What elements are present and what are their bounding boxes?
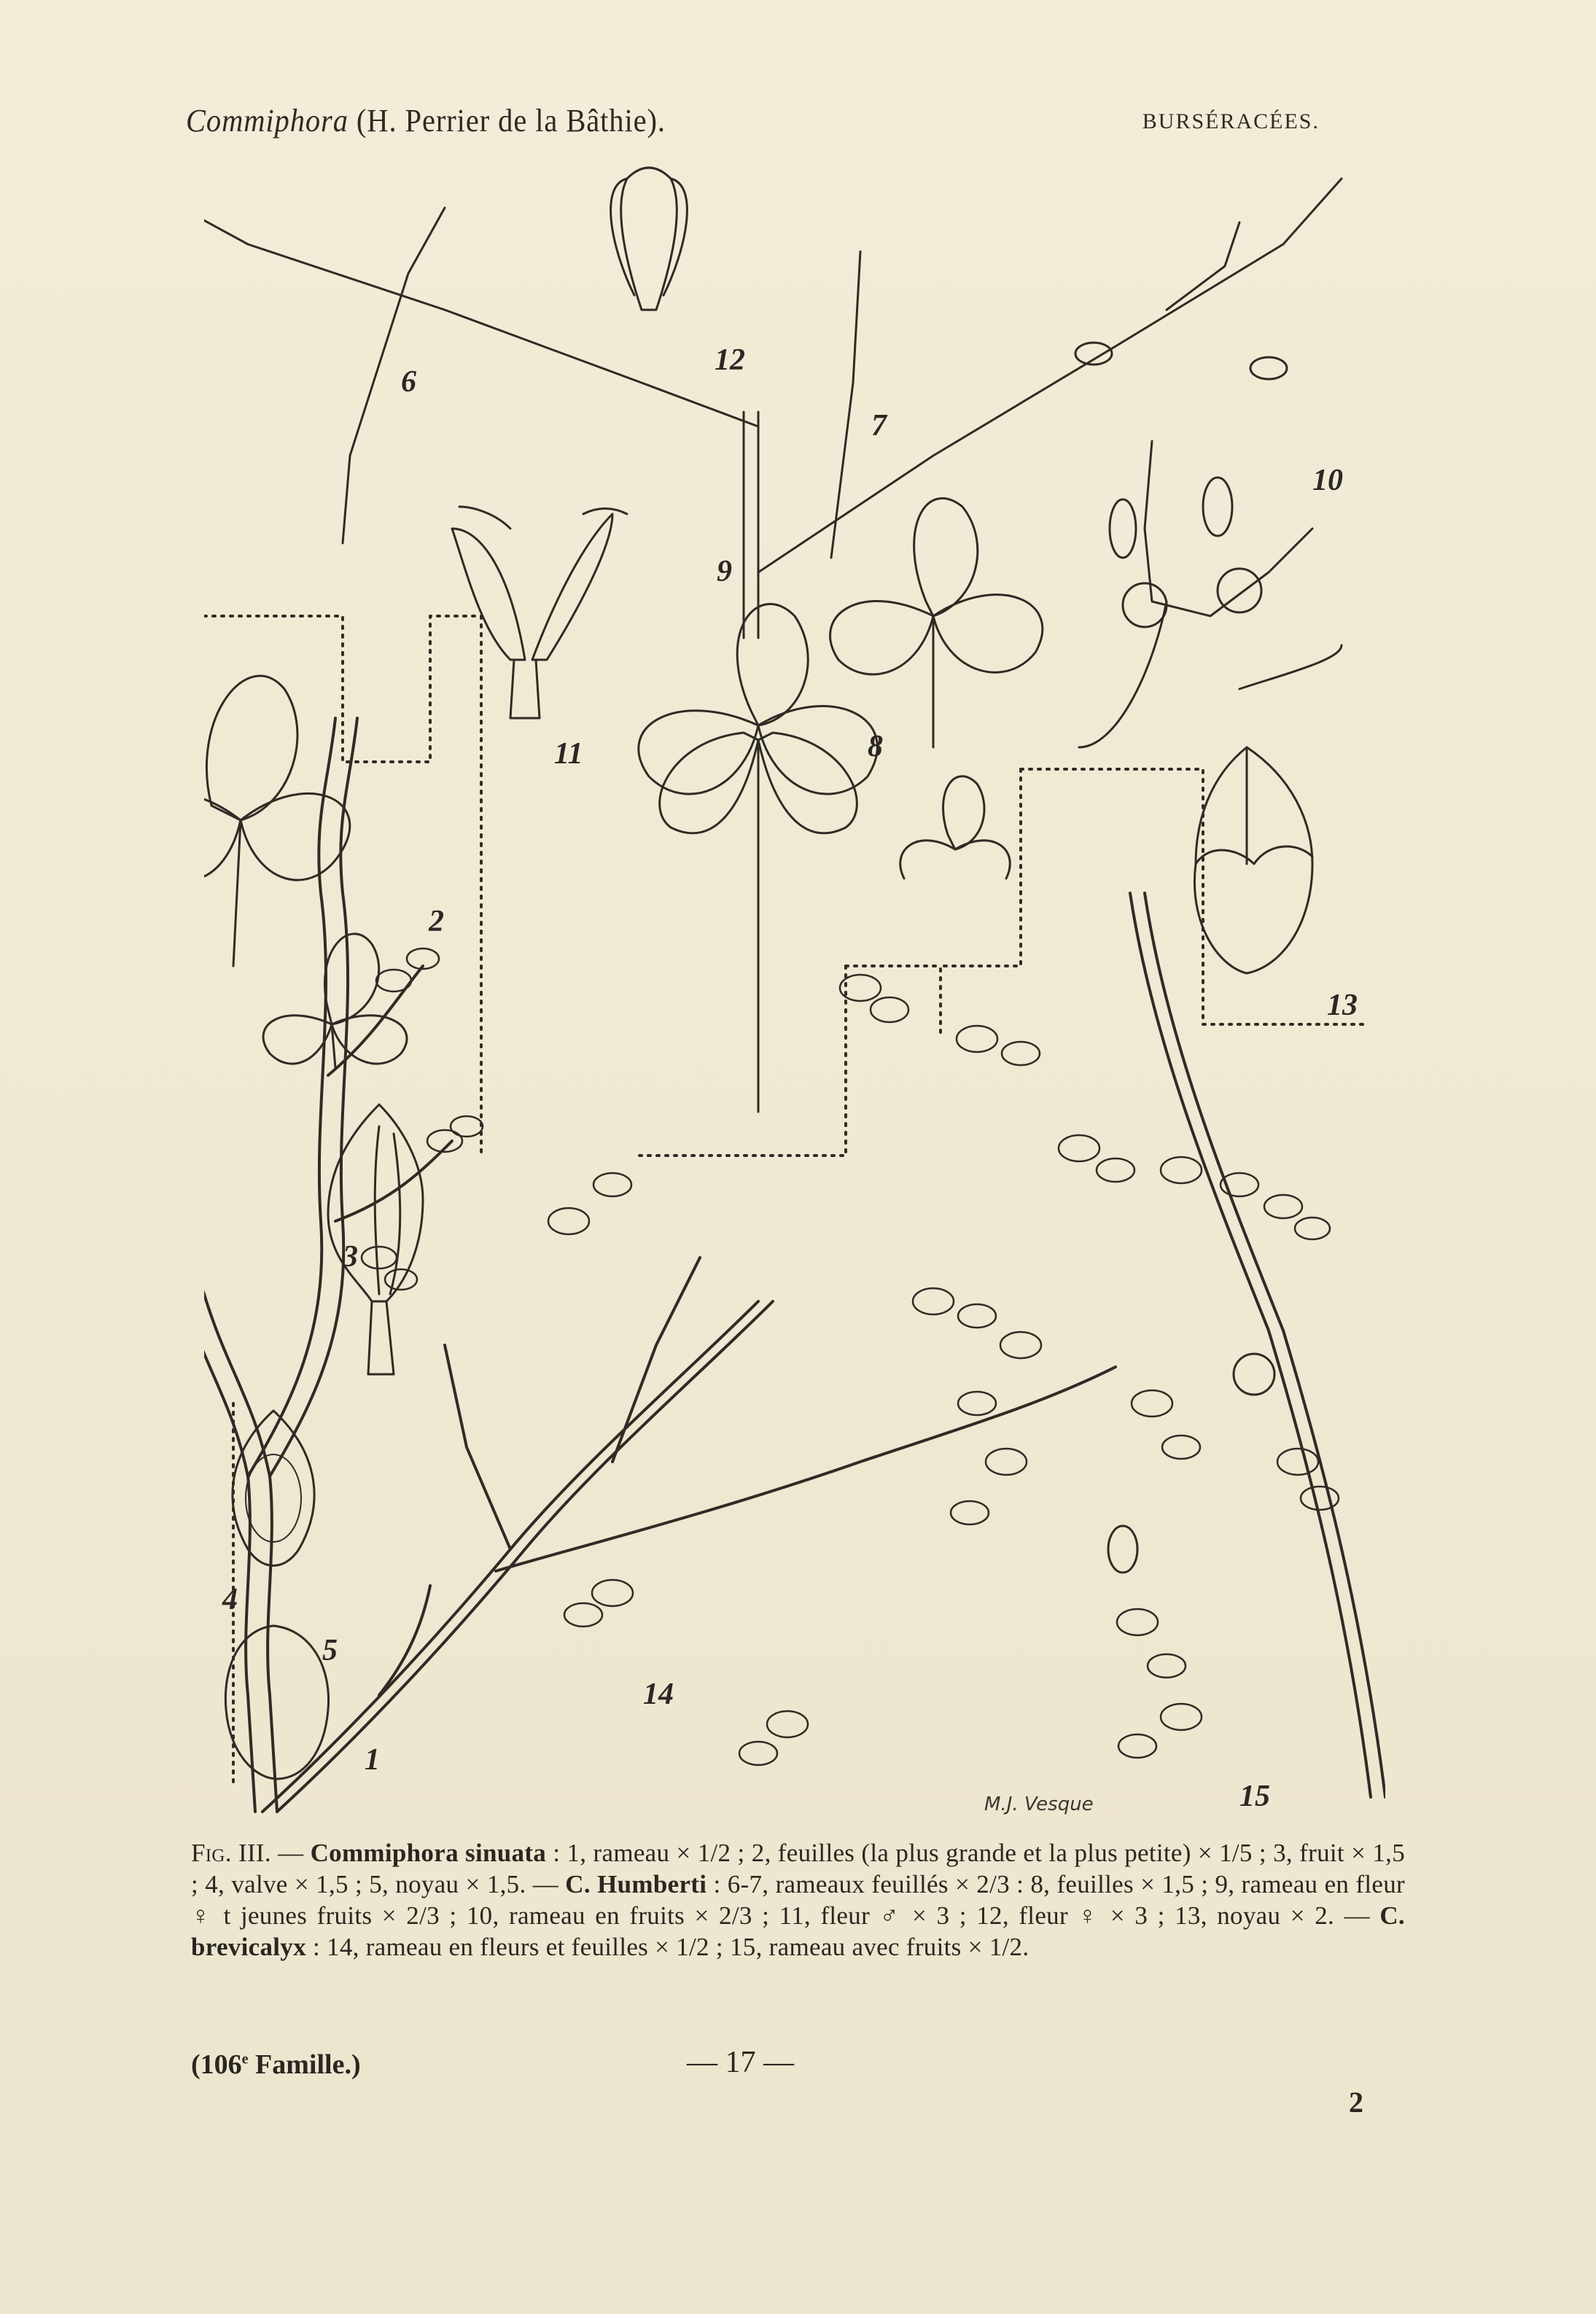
author-name: (H. Perrier de la Bâthie). — [357, 103, 666, 139]
figure-number: 7 — [871, 408, 887, 443]
family-number-value: (106 — [191, 2049, 242, 2080]
figure-number: 11 — [554, 736, 583, 771]
family-label: Famille.) — [249, 2049, 361, 2080]
figure-number: 3 — [343, 1239, 358, 1274]
family-number-suffix: e — [242, 2051, 249, 2067]
fig8-leaves — [639, 499, 1043, 1112]
page: Commiphora (H. Perrier de la Bâthie). BU… — [0, 0, 1596, 2314]
figure-caption: Fig. III. — Commiphora sinuata : 1, rame… — [191, 1837, 1405, 1963]
family-name: BURSÉRACÉES. — [1142, 109, 1320, 134]
illustrator-signature: M.J. Vesque — [984, 1793, 1094, 1815]
family-number: (106e Famille.) — [191, 2049, 361, 2081]
caption-dash: — — [271, 1839, 311, 1867]
page-number: — 17 — — [687, 2045, 794, 2080]
running-header: Commiphora (H. Perrier de la Bâthie). BU… — [186, 102, 1320, 146]
figure-number: 14 — [643, 1677, 674, 1712]
fig12-flower — [611, 168, 688, 310]
botanical-plate: 1 2 3 4 5 6 7 8 9 10 11 12 13 14 15 M.J.… — [204, 164, 1385, 1819]
figure-number: 10 — [1312, 463, 1343, 498]
plate-illustration — [204, 164, 1385, 1819]
fig6-7-9-branches — [204, 179, 1342, 747]
figure-number: 15 — [1239, 1779, 1270, 1814]
signature-mark: 2 — [1349, 2085, 1363, 2119]
fig5-noyau — [225, 1626, 328, 1779]
fig11-flower — [452, 507, 627, 718]
species-name: C. Humberti — [565, 1870, 706, 1898]
fig2-leaves — [204, 676, 407, 1068]
fig10-fruits — [1075, 343, 1287, 627]
figure-number: 9 — [717, 554, 732, 589]
caption-text: : 14, rameau en fleurs et feuilles × 1/2… — [306, 1933, 1029, 1961]
fig1-branch — [204, 193, 452, 1812]
figure-number: 6 — [401, 365, 416, 400]
figure-number: 8 — [868, 729, 883, 764]
figure-number: 13 — [1327, 988, 1358, 1023]
header-title: Commiphora (H. Perrier de la Bâthie). — [186, 102, 666, 139]
species-name: Commiphora sinuata — [311, 1839, 547, 1867]
figure-number: 4 — [222, 1582, 238, 1617]
figure-number: 12 — [715, 343, 745, 378]
small-leaflets — [548, 975, 1339, 1765]
genus-name: Commiphora — [186, 103, 349, 139]
fig13-noyau — [1194, 747, 1312, 973]
figure-number: 1 — [365, 1742, 380, 1777]
figure-label: Fig. III. — [191, 1839, 271, 1867]
figure-number: 2 — [429, 904, 444, 939]
figure-number: 5 — [322, 1633, 338, 1668]
